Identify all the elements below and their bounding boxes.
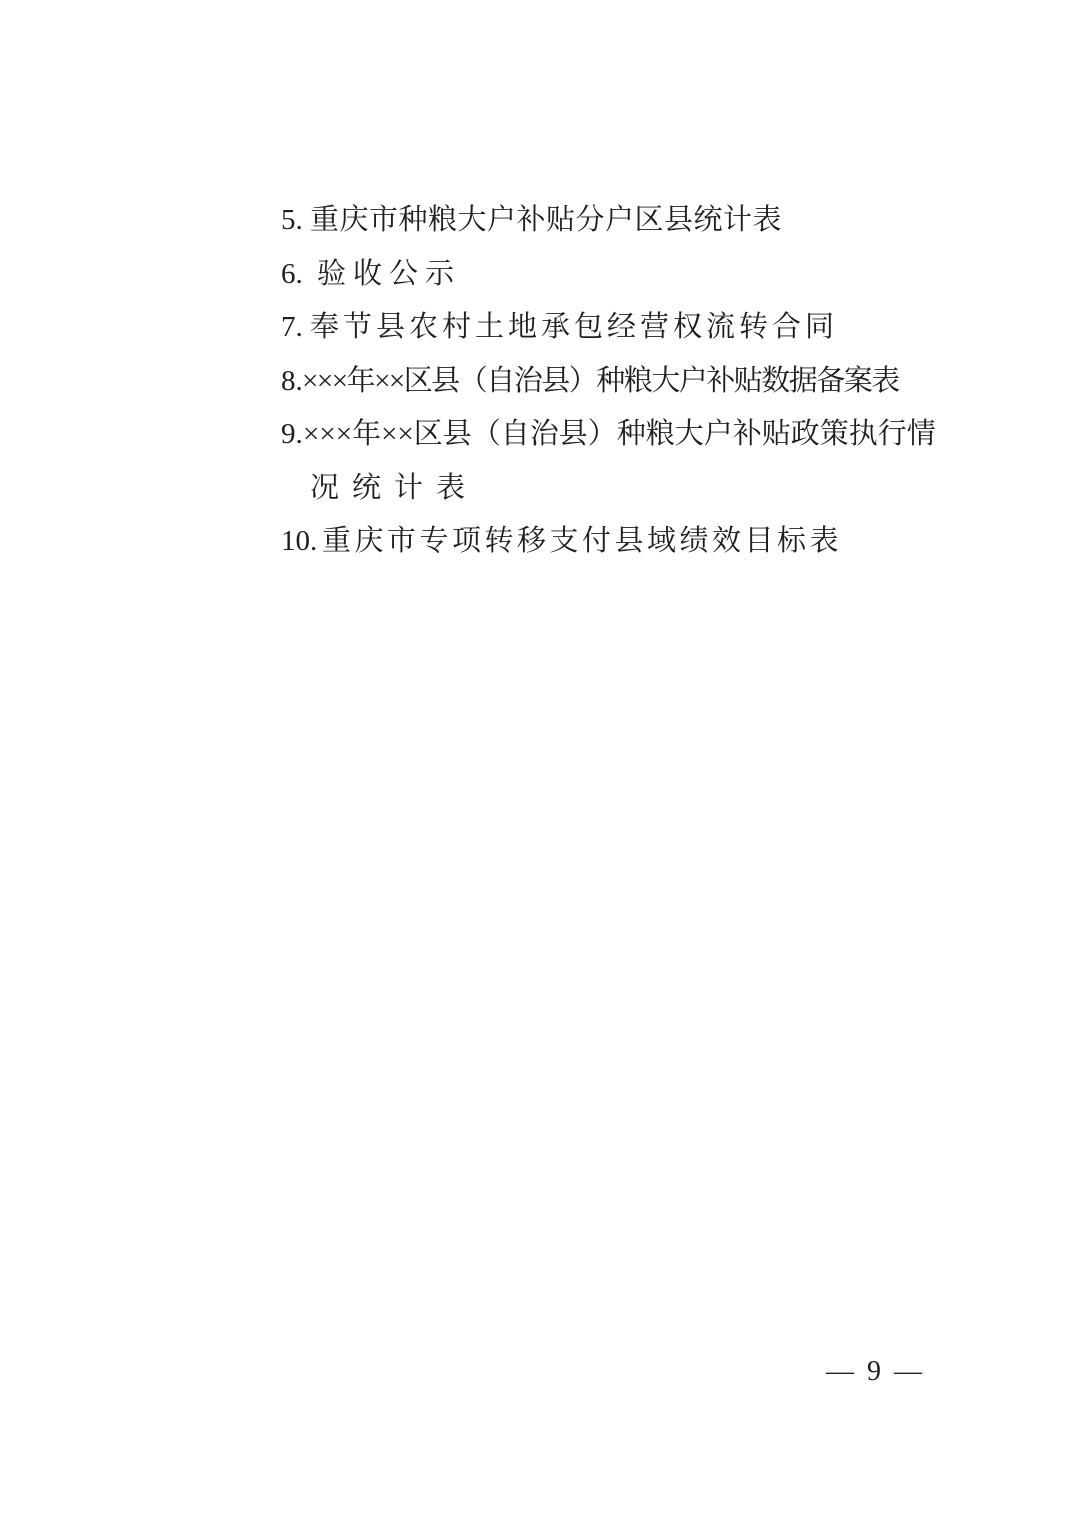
attachment-list: 5.重庆市种粮大户补贴分户区县统计表 6.验收公示 7.奉节县农村土地承包经营权… (281, 194, 936, 569)
list-item-number: 7. (281, 301, 310, 355)
list-item: 7.奉节县农村土地承包经营权流转合同 (281, 301, 936, 355)
list-item-text: ×××年××区县（自治县）种粮大户补贴数据备案表 (302, 365, 899, 397)
list-item: 6.验收公示 (281, 248, 936, 302)
list-item-text-continuation: 况统计表 (310, 472, 478, 504)
list-item: 8.×××年××区县（自治县）种粮大户补贴数据备案表 (281, 355, 936, 409)
page-footer: — 9 — (826, 1352, 922, 1392)
list-item-number: 8. (281, 355, 302, 409)
list-item: 5.重庆市种粮大户补贴分户区县统计表 (281, 194, 936, 248)
list-item-continuation-line: 况统计表 (281, 462, 936, 516)
list-item-text: ×××年××区县（自治县）种粮大户补贴政策执行情 (303, 418, 936, 450)
list-item-number: 9. (281, 408, 303, 462)
list-item: 9.×××年××区县（自治县）种粮大户补贴政策执行情 (281, 408, 936, 462)
list-item-text: 验收公示 (317, 258, 461, 290)
list-item-text: 重庆市种粮大户补贴分户区县统计表 (310, 204, 782, 236)
list-item-number: 6. (281, 248, 317, 302)
list-item-text: 奉节县农村土地承包经营权流转合同 (310, 311, 838, 343)
list-item-number: 10. (281, 515, 322, 569)
list-item: 10.重庆市专项转移支付县域绩效目标表 (281, 515, 936, 569)
document-page: 5.重庆市种粮大户补贴分户区县统计表 6.验收公示 7.奉节县农村土地承包经营权… (0, 0, 1074, 1520)
page-number-text: — 9 — (826, 1356, 922, 1387)
list-item-number: 5. (281, 194, 310, 248)
list-item-text: 重庆市专项转移支付县域绩效目标表 (322, 525, 842, 557)
